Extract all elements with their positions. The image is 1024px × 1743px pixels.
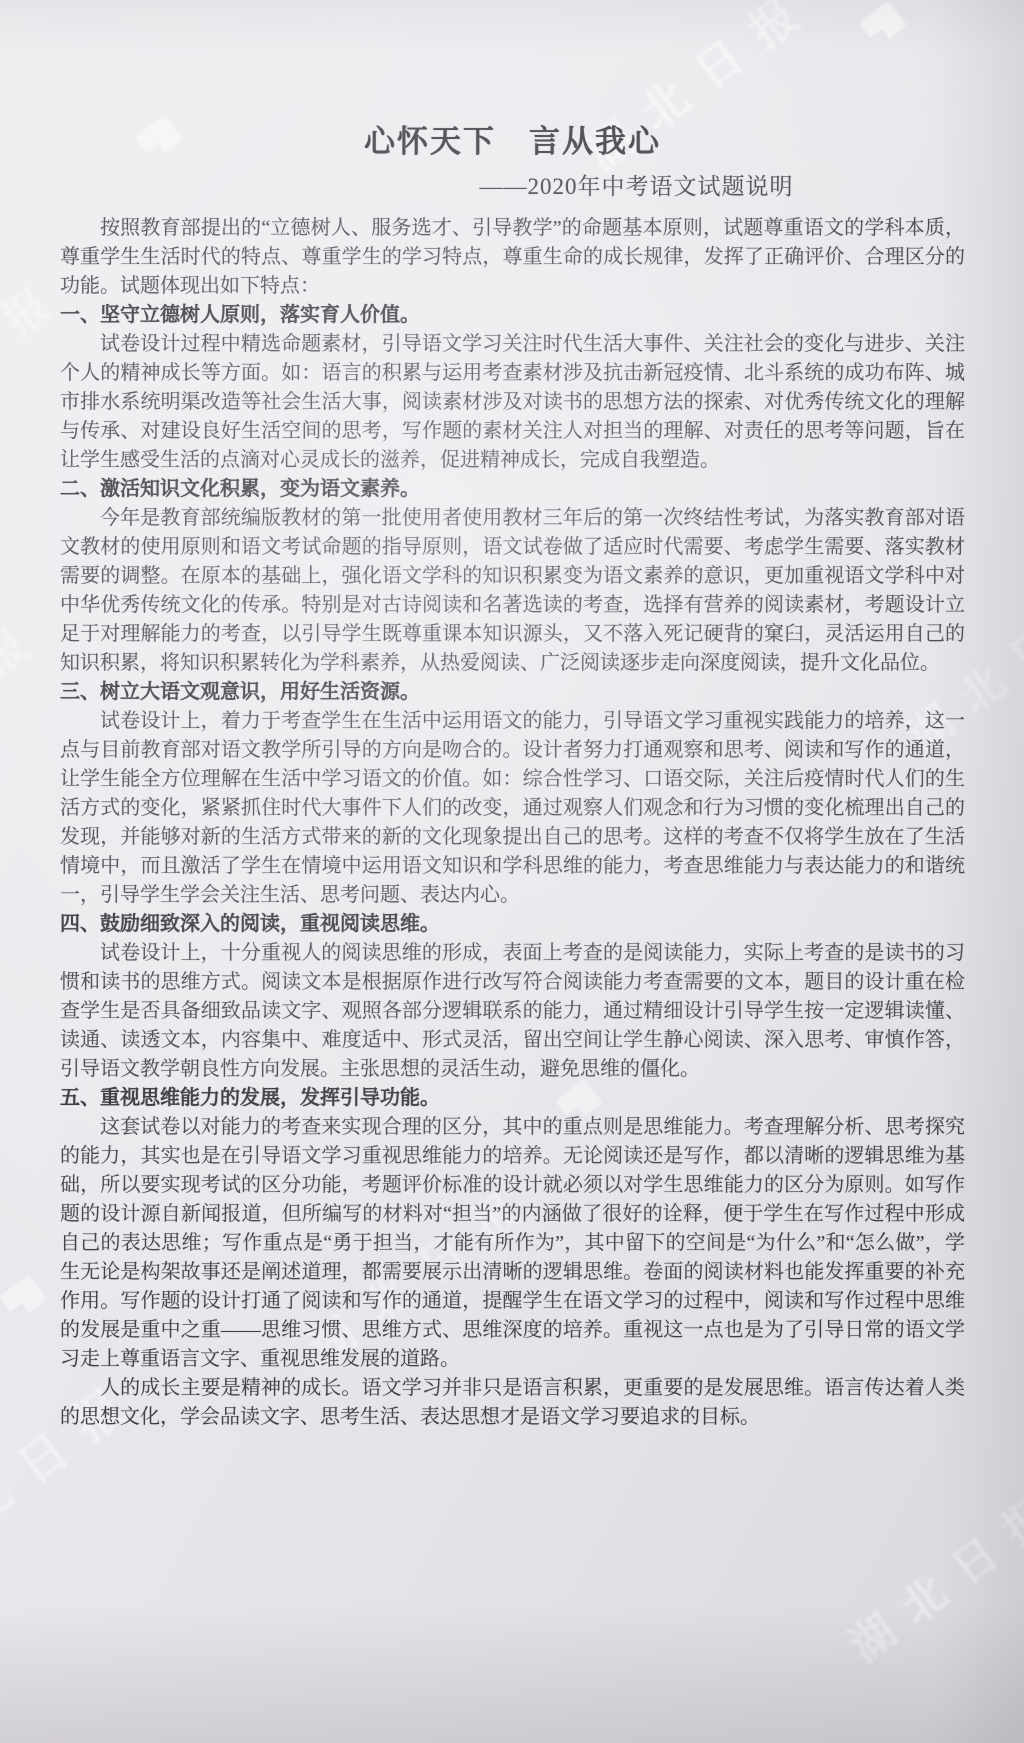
photographed-page: 湖北日报 湖北日报 湖北日报 湖北日报 湖北日报 湖北日报 湖北日报 心怀天下 … <box>0 0 1024 1743</box>
section-heading: 四、鼓励细致深入的阅读，重视阅读思维。 <box>60 910 965 939</box>
section-heading: 二、激活知识文化积累，变为语文素养。 <box>60 475 965 504</box>
section-5: 五、重视思维能力的发展，发挥引导功能。 这套试卷以对能力的考查来实现合理的区分，… <box>60 1084 965 1374</box>
document-title: 心怀天下 言从我心 <box>60 116 965 161</box>
section-heading: 一、坚守立德树人原则，落实育人价值。 <box>60 301 965 330</box>
section-2: 二、激活知识文化积累，变为语文素养。 今年是教育部统编版教材的第一批使用者使用教… <box>60 475 965 678</box>
section-paragraph: 试卷设计过程中精选命题素材，引导语文学习关注时代生活大事件、关注社会的变化与进步… <box>60 330 965 475</box>
section-3: 三、树立大语文观意识，用好生活资源。 试卷设计上，着力于考查学生在生活中运用语文… <box>60 678 965 910</box>
closing-paragraph: 人的成长主要是精神的成长。语文学习并非只是语言积累，更重要的是发展思维。语言传达… <box>60 1374 965 1432</box>
section-paragraph: 试卷设计上，着力于考查学生在生活中运用语文的能力，引导语文学习重视实践能力的培养… <box>60 707 965 910</box>
section-paragraph: 试卷设计上，十分重视人的阅读思维的形成，表面上考查的是阅读能力，实际上考查的是读… <box>60 939 965 1084</box>
section-paragraph: 这套试卷以对能力的考查来实现合理的区分，其中的重点则是思维能力。考查理解分析、思… <box>60 1113 965 1374</box>
section-paragraph: 今年是教育部统编版教材的第一批使用者使用教材三年后的第一次终结性考试，为落实教育… <box>60 504 965 678</box>
section-1: 一、坚守立德树人原则，落实育人价值。 试卷设计过程中精选命题素材，引导语文学习关… <box>60 301 965 475</box>
intro-paragraph: 按照教育部提出的“立德树人、服务选才、引导教学”的命题基本原则，试题尊重语文的学… <box>60 214 965 301</box>
section-4: 四、鼓励细致深入的阅读，重视阅读思维。 试卷设计上，十分重视人的阅读思维的形成，… <box>60 910 965 1084</box>
section-heading: 五、重视思维能力的发展，发挥引导功能。 <box>60 1084 965 1113</box>
section-heading: 三、树立大语文观意识，用好生活资源。 <box>60 678 965 707</box>
document-subtitle: ——2020年中考语文试题说明 <box>184 168 1024 201</box>
document-body: 心怀天下 言从我心 ——2020年中考语文试题说明 按照教育部提出的“立德树人、… <box>0 0 1024 1743</box>
